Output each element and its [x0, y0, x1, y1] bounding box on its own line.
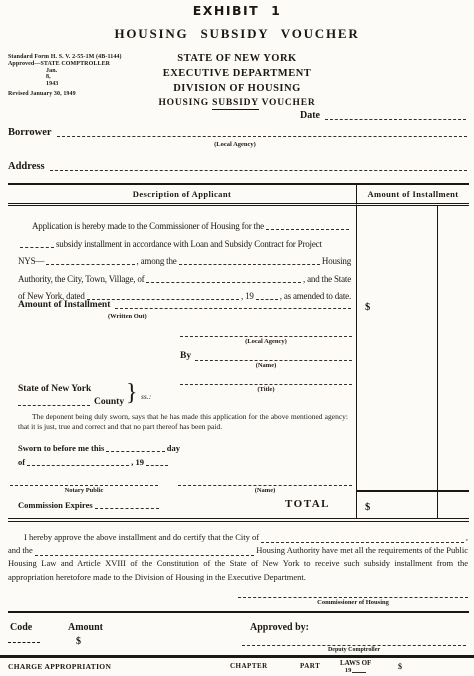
- application-line: Authority, the City, Town, Village, of ,…: [18, 266, 351, 283]
- document-header: EXHIBIT 1 HOUSING SUBSIDY VOUCHER Standa…: [0, 0, 474, 183]
- housing-subsidy-voucher-document: EXHIBIT 1 HOUSING SUBSIDY VOUCHER Standa…: [0, 0, 474, 676]
- blank-line: [106, 444, 165, 452]
- by-label: By: [180, 351, 191, 361]
- application-line: of New York, dated , 19 , as amended to …: [18, 284, 351, 301]
- address-label: Address: [8, 161, 45, 172]
- blank-line: [27, 458, 129, 466]
- total-separator-line: [357, 490, 469, 492]
- approval-paragraph: I hereby approve the above installment a…: [8, 531, 468, 584]
- name-caption: (Name): [178, 487, 352, 494]
- application-line: subsidy installment in accordance with L…: [18, 231, 351, 248]
- page-title: HOUSING SUBSIDY VOUCHER: [0, 26, 474, 42]
- agency-heading: STATE OF NEW YORK EXECUTIVE DEPARTMENT D…: [115, 51, 359, 111]
- signature-line: [178, 477, 352, 486]
- dollar-sign: $: [76, 636, 81, 647]
- application-text: Housing: [322, 256, 351, 266]
- signature-line: [10, 477, 158, 486]
- approval-text: and the: [8, 544, 33, 557]
- approval-line: I hereby approve the above installment a…: [8, 531, 468, 544]
- blank-line: [46, 257, 134, 265]
- laws-year: 19: [340, 667, 371, 674]
- county-field: County: [18, 397, 188, 407]
- part-label: PART: [300, 662, 320, 670]
- blank-line: [18, 397, 90, 406]
- agency-line: HOUSING SUBSIDY VOUCHER: [115, 96, 359, 111]
- commissioner-signature: Commissioner of Housing: [238, 590, 468, 606]
- name-caption: (Name): [180, 362, 352, 369]
- blank-line: [35, 549, 254, 556]
- signature-line: [195, 352, 352, 361]
- signature-line: [238, 590, 468, 598]
- agency-word: VOUCHER: [262, 98, 316, 108]
- amount-label: Amount: [68, 622, 103, 633]
- column-header-description: Description of Applicant: [8, 185, 356, 206]
- blank-line: [179, 257, 320, 265]
- notary-signature: Notary Public: [10, 477, 158, 494]
- code-blank-line: [8, 642, 40, 643]
- total-label: TOTAL: [285, 498, 330, 510]
- dollar-sign: $: [365, 302, 370, 313]
- application-text: subsidy installment in accordance with L…: [56, 239, 322, 249]
- title-caption: (Title): [180, 386, 352, 393]
- local-agency-caption: (Local Agency): [180, 338, 352, 345]
- blank-line: [87, 292, 239, 300]
- year-prefix: 19: [345, 667, 352, 674]
- blank-line: [115, 300, 351, 309]
- signature-line: [180, 376, 352, 385]
- blank-line: [325, 110, 466, 120]
- commissioner-of-housing-caption: Commissioner of Housing: [238, 599, 468, 606]
- commission-total-row: Commission Expires TOTAL: [18, 498, 356, 510]
- agency-word: HOUSING: [158, 98, 208, 108]
- blank-line: [20, 240, 54, 248]
- blank-line: [50, 161, 467, 171]
- approval-text: ,: [466, 531, 468, 544]
- signature-line: [242, 645, 466, 646]
- blank-line: [256, 292, 278, 300]
- total-dollar-sign: $: [365, 502, 370, 513]
- sworn-line-1: Sworn to before me this day: [18, 443, 180, 453]
- approved-by-label: Approved by:: [250, 622, 309, 633]
- amount-of-installment-field: Amount of Installment: [18, 300, 353, 310]
- agency-word-underlined: SUBSIDY: [212, 98, 258, 110]
- laws-of-field: LAWS OF 19: [340, 659, 371, 674]
- amount-cell: $ $: [356, 206, 469, 518]
- blank-line: [261, 536, 464, 543]
- ss-label: ss.:: [141, 392, 151, 401]
- approval-text: I hereby approve the above installment a…: [24, 531, 259, 544]
- column-header-amount: Amount of Installment: [356, 185, 469, 206]
- description-cell: Application is hereby made to the Commis…: [8, 206, 356, 518]
- dollar-sign: $: [398, 662, 402, 671]
- by-field: By: [180, 351, 352, 361]
- blank-line: [146, 458, 168, 466]
- application-text: , and the State: [303, 274, 351, 284]
- notary-signature-row: Notary Public (Name): [10, 477, 352, 494]
- footer-appropriation-row: CHARGE APPROPRIATION CHAPTER PART LAWS O…: [0, 658, 474, 676]
- agency-line: STATE OF NEW YORK: [115, 51, 359, 66]
- borrower-field: Borrower: [8, 127, 469, 138]
- borrower-label: Borrower: [8, 127, 52, 138]
- approval-line: appropriation heretofore made to the Div…: [8, 571, 468, 584]
- blank-line: [57, 127, 467, 137]
- year-text: , 19: [131, 457, 144, 467]
- agency-line: DIVISION OF HOUSING: [115, 81, 359, 96]
- agency-line: EXECUTIVE DEPARTMENT: [115, 66, 359, 81]
- county-label: County: [94, 397, 124, 407]
- brace-glyph: }: [126, 380, 138, 407]
- address-field: Address: [8, 161, 469, 172]
- signature-line: [180, 328, 352, 337]
- venue-block: State of New York County } ss.:: [18, 384, 188, 407]
- application-text: , among the: [137, 256, 177, 266]
- form-meta-line: Jan. 8, 1943: [8, 68, 46, 88]
- laws-of-label: LAWS OF: [340, 659, 371, 667]
- deputy-comptroller-caption: Deputy Comptroller: [242, 647, 466, 653]
- state-of-new-york-label: State of New York: [18, 384, 188, 394]
- application-line: Application is hereby made to the Commis…: [18, 214, 351, 231]
- blank-line: [95, 501, 159, 509]
- sworn-line-2: of , 19: [18, 457, 170, 467]
- blank-line: [266, 222, 349, 230]
- exhibit-title: EXHIBIT 1: [0, 3, 474, 18]
- footer-approval-row: Code Amount $ Approved by: Deputy Comptr…: [0, 612, 474, 655]
- day-text: day: [167, 443, 180, 453]
- cents-divider-line: [437, 206, 438, 518]
- application-paragraph: Application is hereby made to the Commis…: [18, 214, 351, 301]
- application-line: NYS— , among the Housing: [18, 249, 351, 266]
- of-text: of: [18, 457, 25, 467]
- code-label: Code: [10, 622, 32, 633]
- application-text: Application is hereby made to the Commis…: [32, 221, 264, 231]
- local-agency-caption: (Local Agency): [190, 141, 280, 148]
- blank-line: [352, 667, 366, 673]
- approval-line: Housing Law and Article XVIII of the Con…: [8, 557, 468, 570]
- application-text: Authority, the City, Town, Village, of: [18, 274, 144, 284]
- date-field: Date: [300, 110, 468, 121]
- charge-appropriation-label: CHARGE APPROPRIATION: [8, 662, 111, 671]
- approval-text: Housing Authority have met all the requi…: [256, 544, 468, 557]
- application-text: NYS—: [18, 256, 44, 266]
- commission-expires-label: Commission Expires: [18, 500, 93, 510]
- written-out-caption: (Written Out): [108, 313, 147, 320]
- blank-line: [146, 275, 301, 283]
- sworn-text: Sworn to before me this: [18, 443, 104, 453]
- amount-of-installment-label: Amount of Installment: [18, 300, 110, 310]
- agency-signature-block: (Local Agency) By (Name) (Title): [180, 328, 352, 393]
- name-signature: (Name): [178, 477, 352, 494]
- chapter-label: CHAPTER: [230, 662, 268, 670]
- date-label: Date: [300, 110, 320, 121]
- approval-line: and the Housing Authority have met all t…: [8, 544, 468, 557]
- deponent-paragraph: The deponent being duly sworn, says that…: [18, 412, 348, 431]
- notary-public-caption: Notary Public: [10, 487, 158, 494]
- voucher-table: Description of Applicant Amount of Insta…: [8, 183, 469, 522]
